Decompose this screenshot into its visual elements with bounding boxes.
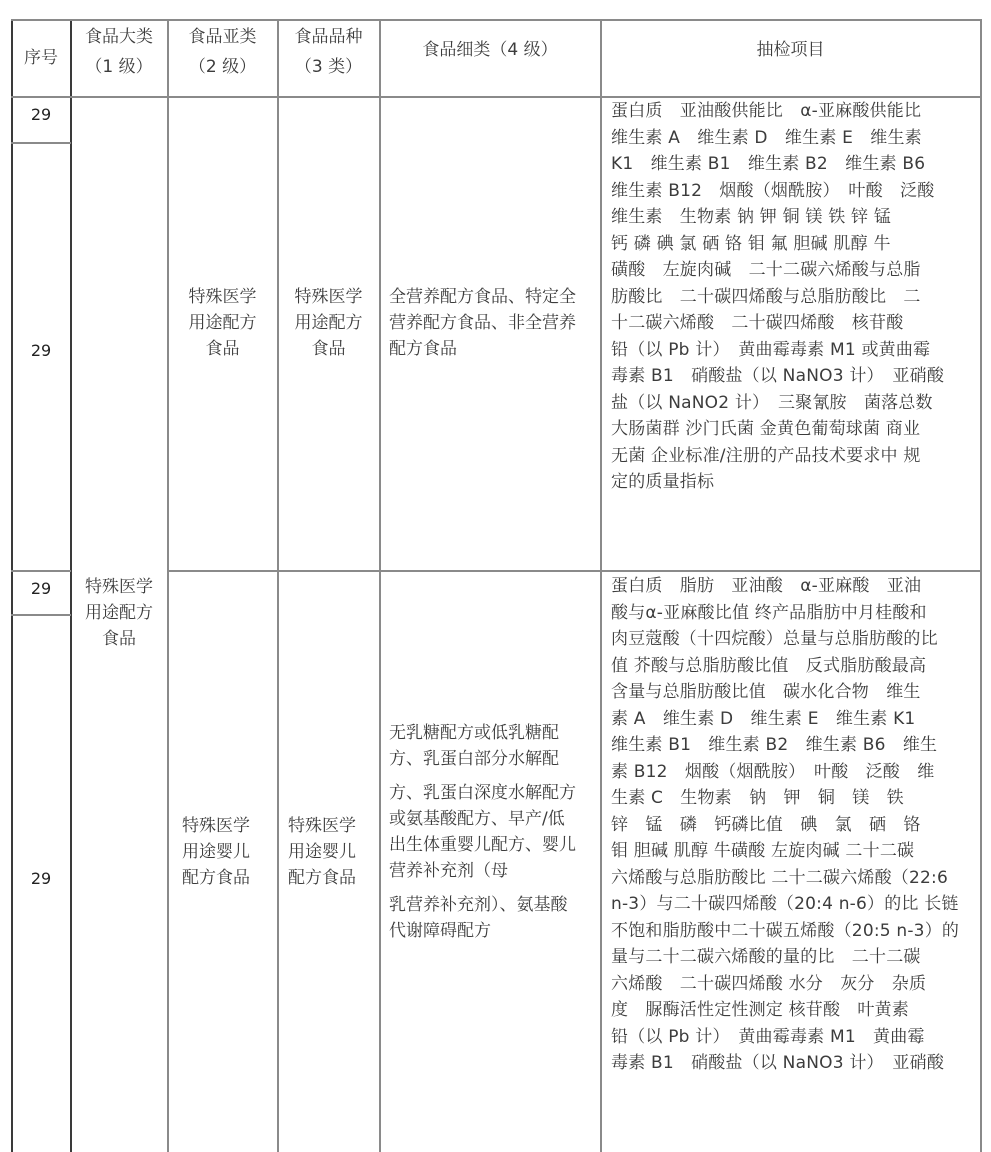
header-level2: 食品亚类 （2 级） [168,24,277,96]
header-level4-label: 食品细类（4 级） [422,37,557,63]
item-line: 维生素 生物素 钠 钾 铜 镁 铁 锌 锰 [611,204,976,231]
group1-inspection-items: 蛋白质 亚油酸供能比 α-亚麻酸供能比 维生素 A 维生素 D 维生素 E 维生… [611,98,976,496]
level4-line: 全营养配方食品、特定全 [389,284,599,310]
item-line: 值 芥酸与总脂肪酸比值 反式脂肪酸最高 [611,653,976,680]
level3-line: 配方食品 [288,865,379,891]
item-line: 磺酸 左旋肉碱 二十二碳六烯酸与总脂 [611,257,976,284]
item-line: 肪酸比 二十碳四烯酸与总脂肪酸比 二 [611,284,976,311]
item-line: 素 B12 烟酸（烟酰胺） 叶酸 泛酸 维 [611,759,976,786]
level2-line: 特殊医学 [168,284,277,310]
group2-level3: 特殊医学 用途婴儿 配方食品 [288,813,379,891]
group2-inspection-items: 蛋白质 脂肪 亚油酸 α-亚麻酸 亚油 酸与α-亚麻酸比值 终产品脂肪中月桂酸和… [611,573,976,1077]
level2-line: 特殊医学 [182,813,277,839]
level1-line: 特殊医学 [71,574,167,600]
level1-category: 特殊医学 用途配方 食品 [71,574,167,652]
item-line: 度 脲酶活性定性测定 核苷酸 叶黄素 [611,997,976,1024]
header-level3-line2: （3 类） [278,54,379,80]
group2-level2: 特殊医学 用途婴儿 配方食品 [182,813,277,891]
level4-line: 营养配方食品、非全营养 [389,310,599,336]
item-line: 量与二十二碳六烯酸的量的比 二十二碳 [611,944,976,971]
header-level2-line2: （2 级） [168,54,277,80]
item-line: 十二碳六烯酸 二十碳四烯酸 核苷酸 [611,310,976,337]
item-line: 锌 锰 磷 钙磷比值 碘 氯 硒 铬 [611,812,976,839]
header-level1-line2: （1 级） [71,54,167,80]
header-seq-label: 序号 [24,45,58,71]
header-level3: 食品品种 （3 类） [278,24,379,96]
column-divider [379,19,381,1152]
item-line: 钙 磷 碘 氯 硒 铬 钼 氟 胆碱 肌醇 牛 [611,231,976,258]
item-line: 含量与总脂肪酸比值 碳水化合物 维生 [611,679,976,706]
item-line: 素 A 维生素 D 维生素 E 维生素 K1 [611,706,976,733]
item-line: 蛋白质 脂肪 亚油酸 α-亚麻酸 亚油 [611,573,976,600]
level4-line: 配方食品 [389,336,599,362]
item-line: 无菌 企业标准/注册的产品技术要求中 规 [611,443,976,470]
level2-line: 用途婴儿 [182,839,277,865]
item-line: 不饱和脂肪酸中二十碳五烯酸（20:5 n-3）的 [611,918,976,945]
header-level1: 食品大类 （1 级） [71,24,167,96]
group1-level3: 特殊医学 用途配方 食品 [278,284,379,362]
level3-line: 用途婴儿 [288,839,379,865]
level3-line: 用途配方 [278,310,379,336]
header-items-label: 抽检项目 [757,37,825,63]
level4-line: 方、乳蛋白深度水解配方 [389,780,599,806]
level2-line: 用途配方 [168,310,277,336]
level4-line: 无乳糖配方或低乳糖配 [389,720,599,746]
header-level3-line1: 食品品种 [278,24,379,50]
group1-level2: 特殊医学 用途配方 食品 [168,284,277,362]
level3-line: 特殊医学 [278,284,379,310]
item-line: 维生素 B12 烟酸（烟酰胺） 叶酸 泛酸 [611,178,976,205]
item-line: 毒素 B1 硝酸盐（以 NaNO3 计） 亚硝酸 [611,1050,976,1077]
column-divider [167,19,169,1152]
header-seq: 序号 [12,20,70,96]
level4-line: 营养补充剂（母 [389,858,599,884]
row-divider [11,142,71,144]
row-seq: 29 [12,102,70,128]
item-line: 铅（以 Pb 计） 黄曲霉毒素 M1 或黄曲霉 [611,337,976,364]
column-divider [277,19,279,1152]
table-border-right [980,19,982,1152]
item-line: K1 维生素 B1 维生素 B2 维生素 B6 [611,151,976,178]
item-line: 铅（以 Pb 计） 黄曲霉毒素 M1 黄曲霉 [611,1024,976,1051]
level1-line: 食品 [71,626,167,652]
item-line: n-3）与二十碳四烯酸（20:4 n-6）的比 长链 [611,891,976,918]
group2-level4: 无乳糖配方或低乳糖配 方、乳蛋白部分水解配 方、乳蛋白深度水解配方 或氨基酸配方… [389,720,599,952]
header-level4: 食品细类（4 级） [380,20,600,80]
level1-line: 用途配方 [71,600,167,626]
level3-line: 食品 [278,336,379,362]
row-divider [11,570,71,572]
item-line: 定的质量指标 [611,469,976,496]
item-line: 生素 C 生物素 钠 钾 铜 镁 铁 [611,785,976,812]
level2-line: 食品 [168,336,277,362]
level4-line: 方、乳蛋白部分水解配 [389,746,599,772]
row-divider [11,614,71,616]
column-divider [600,19,602,1152]
row-seq: 29 [12,866,70,892]
item-line: 六烯酸 二十碳四烯酸 水分 灰分 杂质 [611,971,976,998]
row-seq: 29 [12,576,70,602]
group1-level4: 全营养配方食品、特定全 营养配方食品、非全营养 配方食品 [389,284,599,362]
level4-line: 或氨基酸配方、早产/低 [389,806,599,832]
header-items: 抽检项目 [601,20,980,80]
row-seq: 29 [12,338,70,364]
row-divider [167,570,982,572]
level3-line: 特殊医学 [288,813,379,839]
item-line: 蛋白质 亚油酸供能比 α-亚麻酸供能比 [611,98,976,125]
item-line: 六烯酸与总脂肪酸比 二十二碳六烯酸（22:6 [611,865,976,892]
item-line: 维生素 A 维生素 D 维生素 E 维生素 [611,125,976,152]
level4-line: 代谢障碍配方 [389,918,599,944]
header-level1-line1: 食品大类 [71,24,167,50]
item-line: 维生素 B1 维生素 B2 维生素 B6 维生 [611,732,976,759]
item-line: 盐（以 NaNO2 计） 三聚氰胺 菌落总数 [611,390,976,417]
level2-line: 配方食品 [182,865,277,891]
item-line: 钼 胆碱 肌醇 牛磺酸 左旋肉碱 二十二碳 [611,838,976,865]
item-line: 酸与α-亚麻酸比值 终产品脂肪中月桂酸和 [611,600,976,627]
item-line: 大肠菌群 沙门氏菌 金黄色葡萄球菌 商业 [611,416,976,443]
header-level2-line1: 食品亚类 [168,24,277,50]
food-inspection-table: 序号 食品大类 （1 级） 食品亚类 （2 级） 食品品种 （3 类） 食品细类… [0,0,991,1152]
item-line: 肉豆蔻酸（十四烷酸）总量与总脂肪酸的比 [611,626,976,653]
level4-line: 乳营养补充剂）、氨基酸 [389,892,599,918]
level4-line: 出生体重婴儿配方、婴儿 [389,832,599,858]
item-line: 毒素 B1 硝酸盐（以 NaNO3 计） 亚硝酸 [611,363,976,390]
